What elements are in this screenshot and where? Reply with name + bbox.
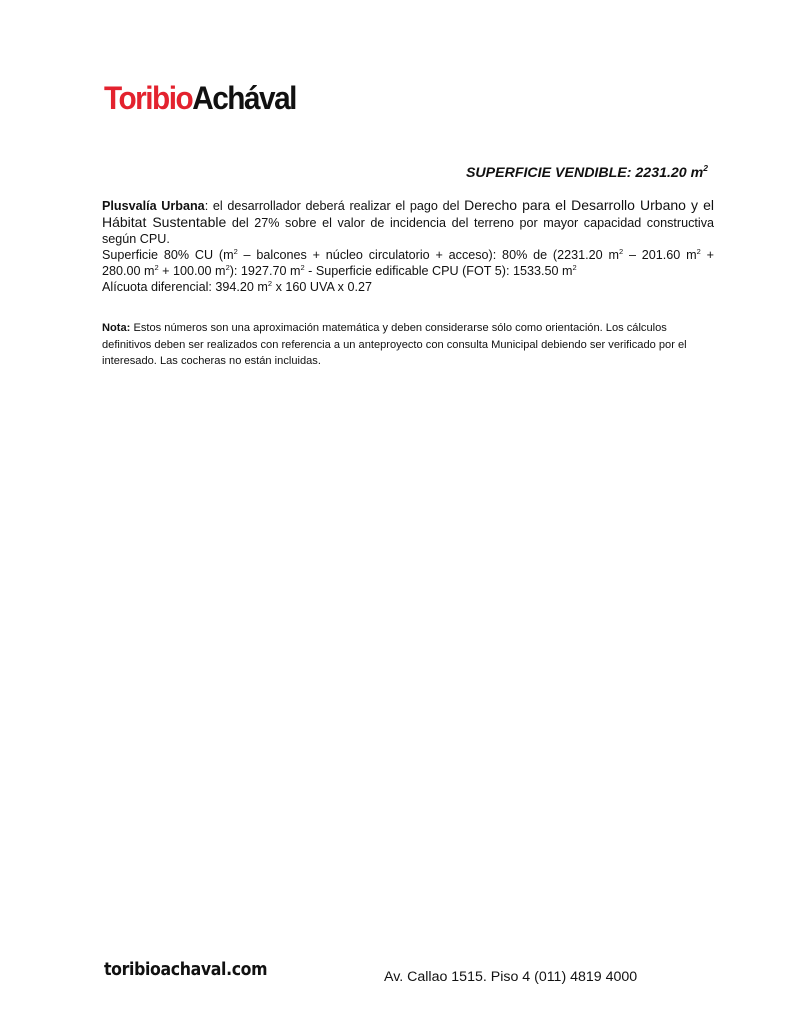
calc-text: – 201.60 m [623, 248, 697, 262]
superscript: 2 [572, 263, 576, 272]
nota-text: Estos números son una aproximación matem… [102, 322, 687, 367]
nota-disclaimer: Nota: Estos números son una aproximación… [102, 320, 714, 370]
alicuota-text: Alícuota diferencial: 394.20 m [102, 280, 268, 294]
calc-text: - Superficie edificable CPU (FOT 5): 153… [305, 264, 573, 278]
nota-label: Nota: [102, 322, 130, 334]
alicuota-text: x 160 UVA x 0.27 [272, 280, 372, 294]
alicuota-line: Alícuota diferencial: 394.20 m2 x 160 UV… [102, 279, 714, 295]
plusvalia-text: : el desarrollador deberá realizar el pa… [205, 199, 464, 213]
calc-text: – balcones + núcleo circulatorio + acces… [238, 248, 619, 262]
plusvalia-section: Plusvalía Urbana: el desarrollador deber… [102, 197, 714, 295]
calc-text: Superficie 80% CU (m [102, 248, 234, 262]
calc-text: + 100.00 m [159, 264, 226, 278]
footer-website: toribioachaval.com [104, 960, 267, 980]
plusvalia-label: Plusvalía Urbana [102, 199, 205, 213]
calc-text: ): 1927.70 m [230, 264, 301, 278]
footer-address: Av. Callao 1515. Piso 4 (011) 4819 4000 [384, 969, 637, 985]
superficie-vendible-heading: SUPERFICIE VENDIBLE: 2231.20 m2 [466, 163, 708, 181]
plusvalia-paragraph: Plusvalía Urbana: el desarrollador deber… [102, 197, 714, 247]
superficie-vendible-text: SUPERFICIE VENDIBLE: 2231.20 m [466, 165, 703, 181]
superficie-calc-line: Superficie 80% CU (m2 – balcones + núcle… [102, 247, 714, 279]
logo-toribio: Toribio [104, 80, 192, 116]
company-logo: ToribioAchával [104, 82, 296, 114]
superscript: 2 [703, 163, 708, 173]
logo-achaval: Achával [192, 80, 296, 116]
